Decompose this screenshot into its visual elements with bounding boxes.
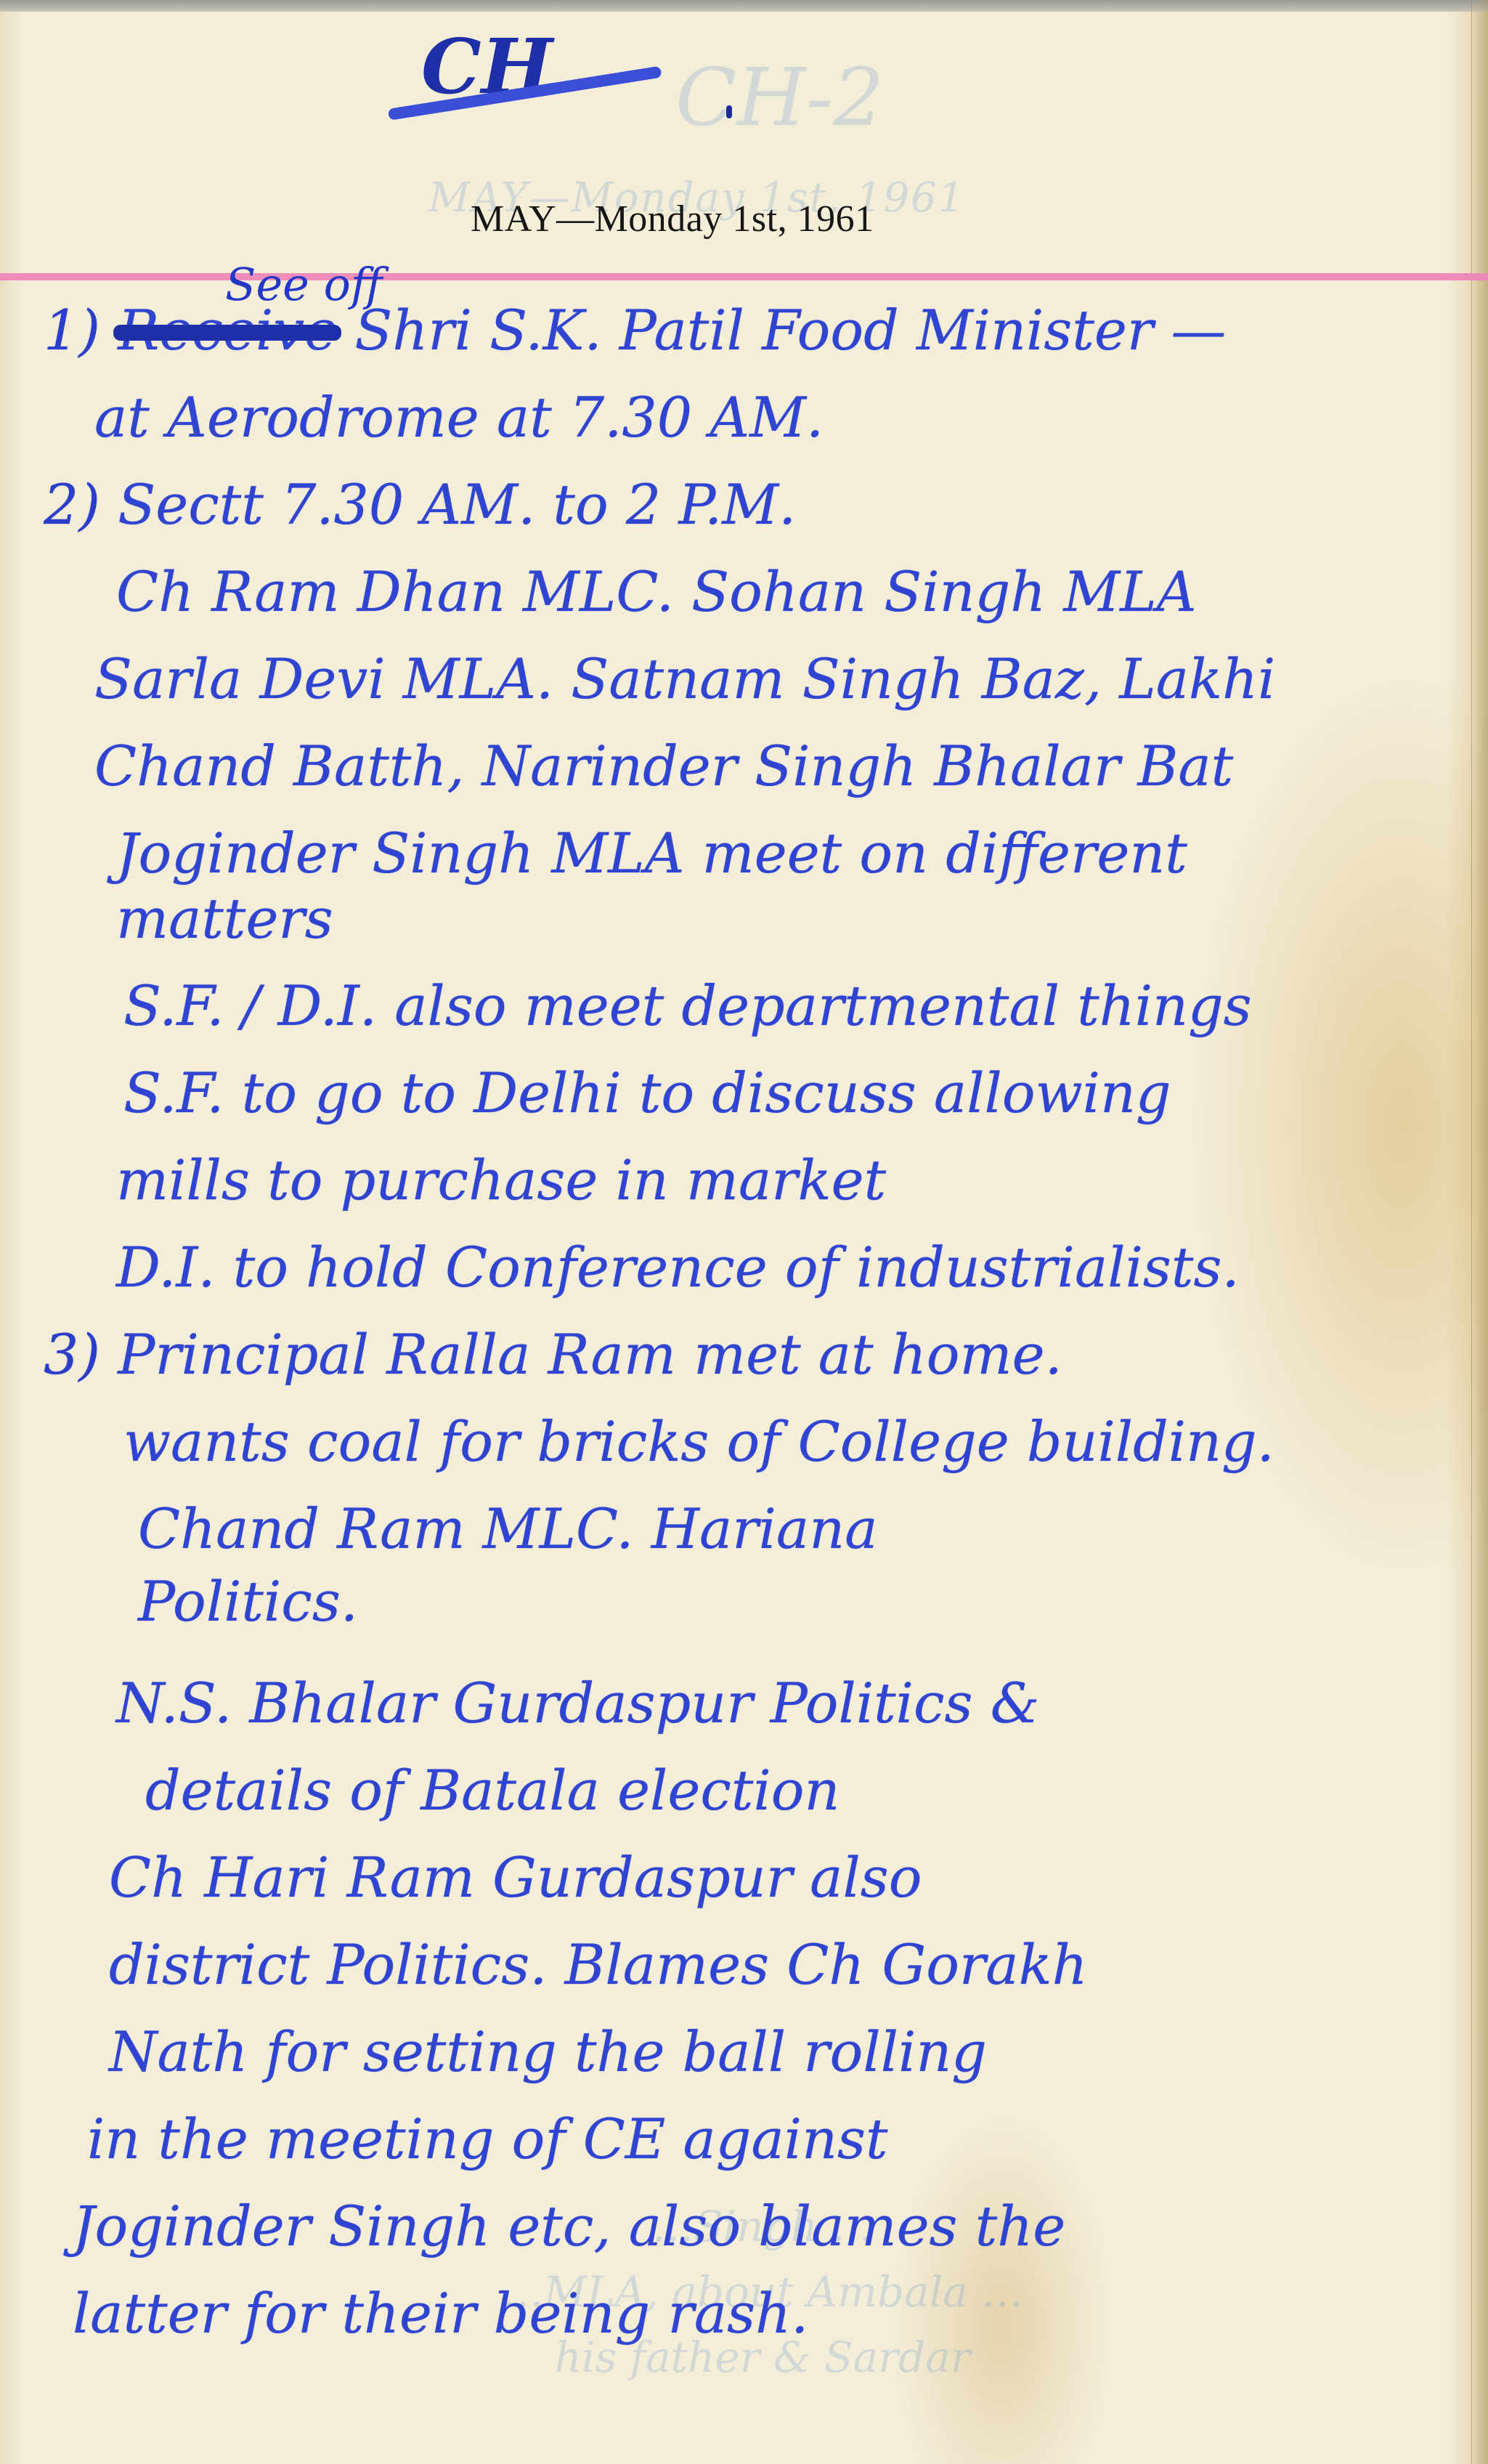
diary-page: CH-2 MAY—Monday 1st, 1961 …Singh … …MLA,… [0,0,1488,2464]
entry-line: wants coal for bricks of College buildin… [123,1409,1274,1474]
entry-line: Sarla Devi MLA. Satnam Singh Baz, Lakhi [94,647,1275,711]
page-binding-edge [1471,0,1488,2464]
entry-line: 3) Principal Ralla Ram met at home. [44,1322,1062,1387]
ink-dot [726,105,732,118]
entry-line: details of Batala election [145,1758,839,1823]
entry-line: in the meeting of CE against [87,2107,888,2171]
printed-date-heading: MAY—Monday 1st, 1961 [471,198,874,240]
entry-line: Joginder Singh MLA meet on different [116,821,1187,885]
struck-out-word: Receive [118,298,337,362]
entry-line: S.F. / D.I. also meet departmental thing… [123,973,1252,1038]
entry-line: latter for their being rash. [73,2281,808,2346]
entry-line: N.S. Bhalar Gurdaspur Politics & [116,1671,1039,1735]
pink-header-rule [0,273,1488,280]
entry-line: Chand Batth, Narinder Singh Bhalar Bat [94,734,1233,798]
entry-line: 1) Receive Shri S.K. Patil Food Minister… [44,298,1226,362]
entry-line: Nath for setting the ball rolling [109,2019,987,2084]
bleed-through-code: CH-2 [675,51,884,144]
entry-line: Ch Ram Dhan MLC. Sohan Singh MLA [116,559,1197,624]
entry-line: Politics. [138,1569,358,1634]
entry-line: at Aerodrome at 7.30 AM. [94,385,824,450]
entry-line: mills to purchase in market [116,1148,886,1212]
scan-top-edge [0,0,1488,12]
entry-line: matters [116,886,333,951]
entry-line: Chand Ram MLC. Hariana [138,1496,878,1561]
entry-line: S.F. to go to Delhi to discuss allowing [123,1061,1171,1125]
entry-line: 2) Sectt 7.30 AM. to 2 P.M. [44,472,796,537]
entry-line: D.I. to hold Conference of industrialist… [116,1235,1240,1300]
entry-line: Ch Hari Ram Gurdaspur also [109,1845,922,1910]
entry-line: district Politics. Blames Ch Gorakh [109,1932,1088,1997]
entry-line: Joginder Singh etc, also blames the [73,2194,1065,2258]
